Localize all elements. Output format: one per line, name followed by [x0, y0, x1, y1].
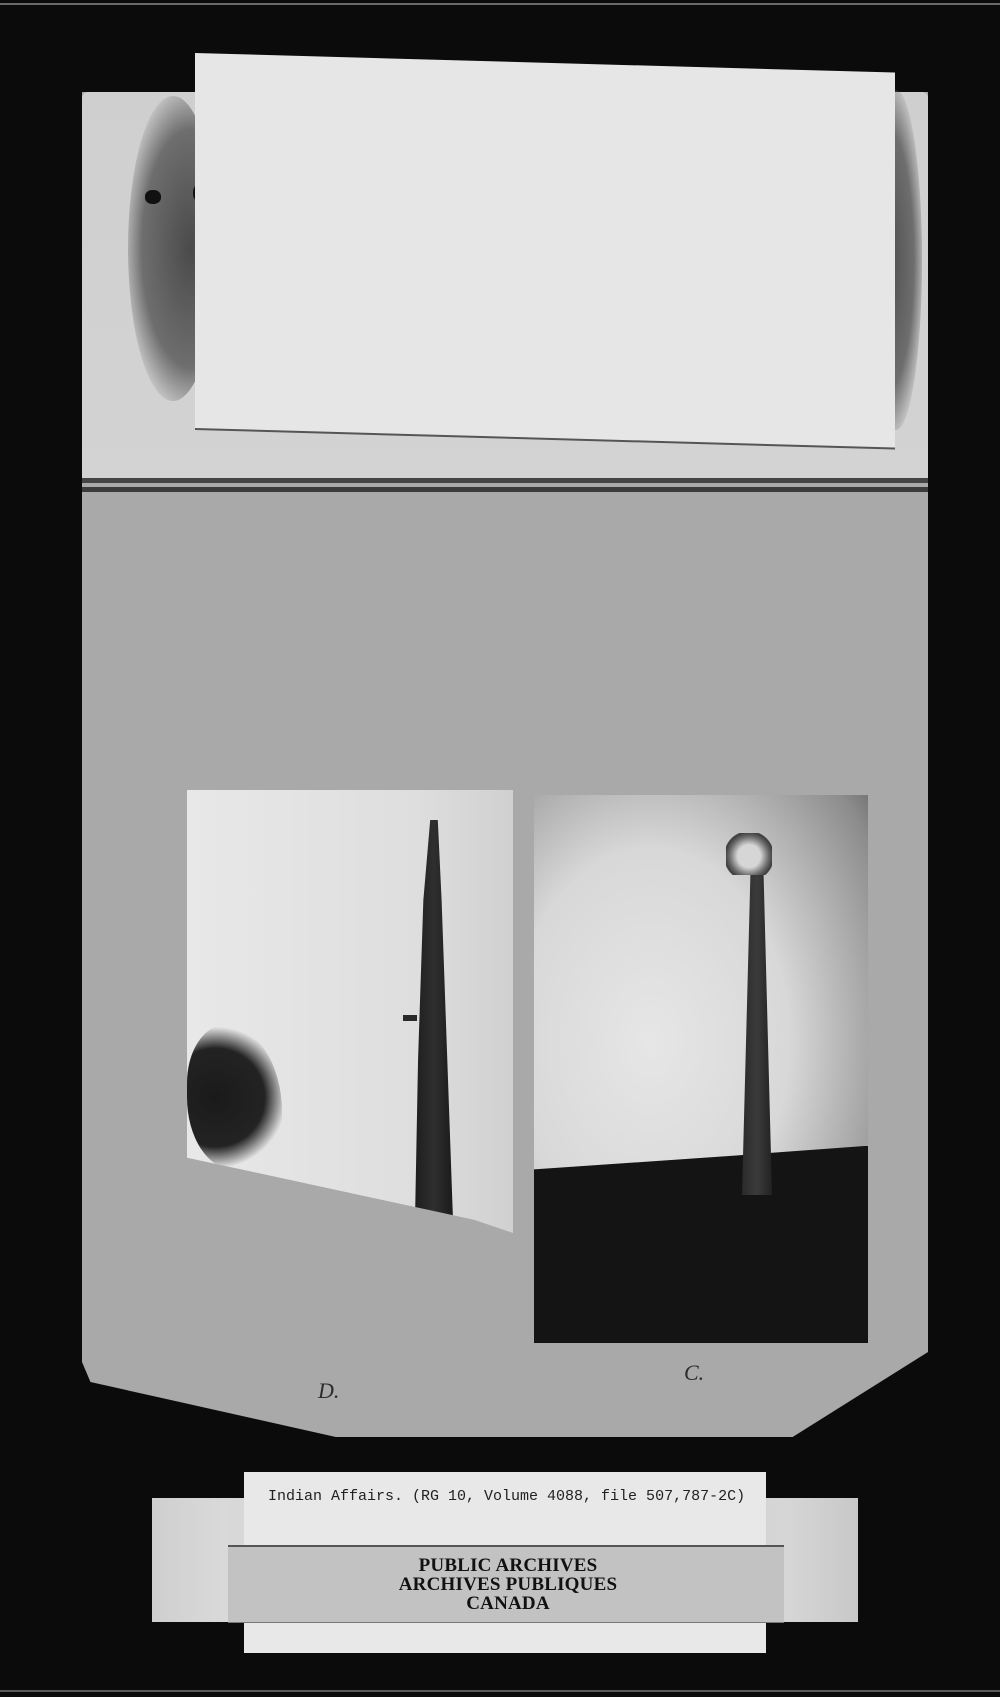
totem-pole-top-figure: [726, 833, 772, 875]
scan-border-top: [0, 3, 1000, 5]
divider-line: [82, 478, 928, 483]
ground-silhouette: [534, 1146, 868, 1343]
photo-label-d: D.: [318, 1378, 339, 1404]
paper-flap: [195, 53, 895, 448]
archive-citation: Indian Affairs. (RG 10, Volume 4088, fil…: [268, 1488, 745, 1505]
stamp-line: ARCHIVES PUBLIQUES: [358, 1575, 658, 1594]
photo-d: [187, 790, 513, 1233]
totem-pole: [742, 875, 772, 1195]
tree-silhouette: [187, 1025, 282, 1170]
divider-line: [82, 487, 928, 492]
stamp-line: CANADA: [358, 1594, 658, 1613]
punch-hole: [145, 190, 161, 204]
archive-stamp: PUBLIC ARCHIVES ARCHIVES PUBLIQUES CANAD…: [358, 1556, 658, 1613]
scan-border-bottom: [0, 1690, 1000, 1692]
stamp-line: PUBLIC ARCHIVES: [358, 1556, 658, 1575]
totem-pole: [415, 820, 453, 1220]
totem-pole-bracket: [403, 1015, 417, 1021]
photo-c: [534, 795, 868, 1343]
photo-label-c: C.: [684, 1360, 704, 1386]
